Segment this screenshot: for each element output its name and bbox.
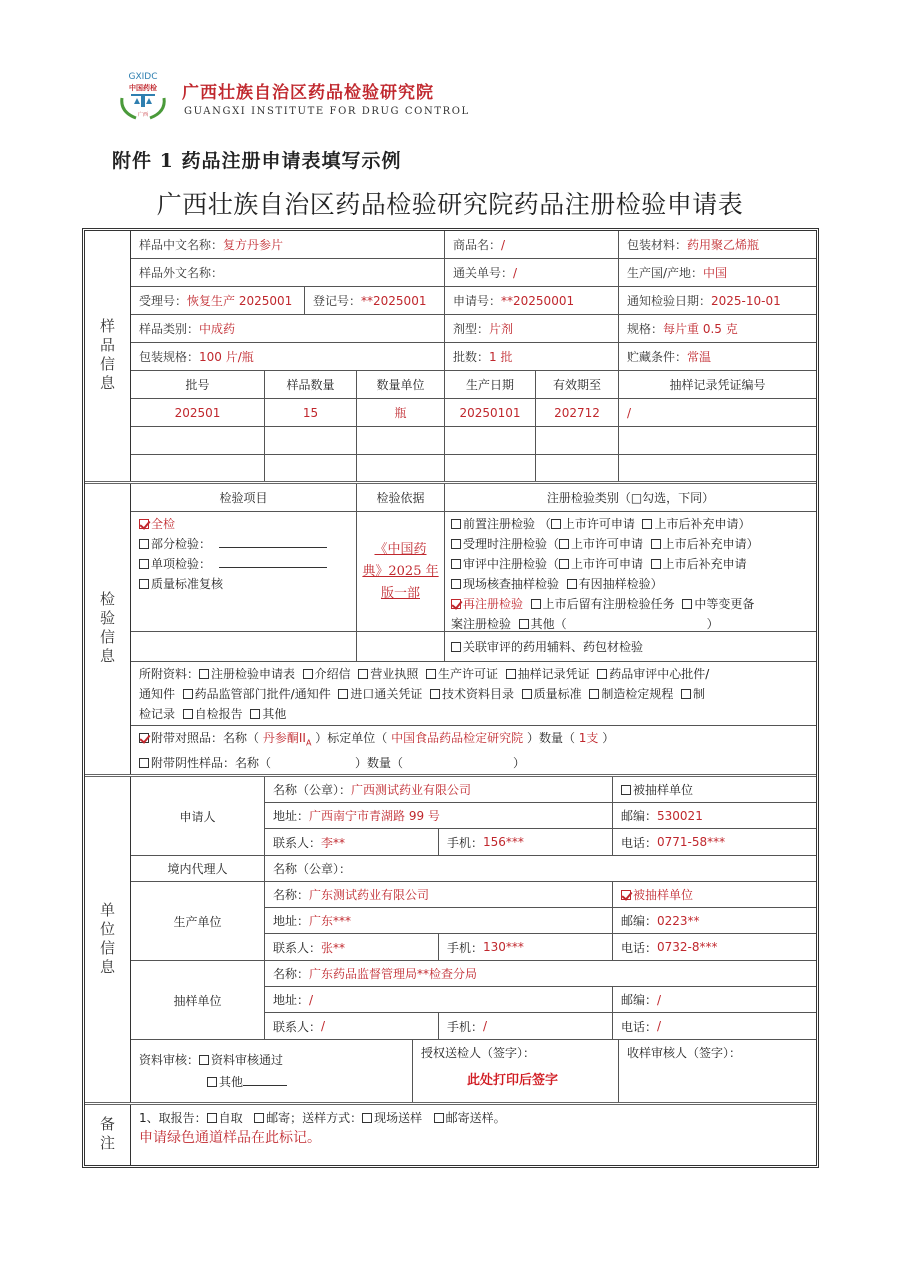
applicant-label: 申请人 xyxy=(131,777,265,855)
checkbox[interactable] xyxy=(207,1077,217,1087)
checkbox[interactable] xyxy=(451,642,461,652)
accept-no: 恢复生产 2025001 xyxy=(187,292,292,309)
remarks-section: 备注 1、取报告：自取 邮寄；送样方式：现场送样 邮寄送样。 申请绿色通道样品在… xyxy=(85,1105,816,1165)
section-label: 样品信息 xyxy=(97,318,118,394)
form-title: 广西壮族自治区药品检验研究院药品注册检验申请表 xyxy=(0,185,900,221)
table-row xyxy=(131,427,816,455)
checkbox[interactable] xyxy=(139,758,149,768)
checkbox[interactable] xyxy=(250,709,260,719)
checkbox[interactable] xyxy=(621,785,631,795)
section-label: 检验信息 xyxy=(97,591,118,667)
checkbox[interactable] xyxy=(451,559,461,569)
checkbox[interactable] xyxy=(451,539,461,549)
svg-text:广西: 广西 xyxy=(138,111,148,118)
application-form: 样品信息 样品中文名称：复方丹参片 商品名：/ 包装材料：药用聚乙烯瓶 样品外文… xyxy=(82,228,819,1168)
manufacturer-label: 生产单位 xyxy=(131,882,265,960)
checkbox[interactable] xyxy=(589,689,599,699)
attachments: 所附资料：注册检验申请表 介绍信 营业执照 生产许可证 抽样记录凭证 药品审评中… xyxy=(131,662,816,725)
checkbox[interactable] xyxy=(254,1113,264,1123)
item-partial-check[interactable]: 部分检验： xyxy=(139,534,327,554)
table-row xyxy=(131,455,816,481)
pack-spec: 100 片/瓶 xyxy=(199,348,254,365)
checkbox[interactable] xyxy=(522,689,532,699)
apply-no: **20250001 xyxy=(501,294,574,308)
checkbox[interactable] xyxy=(430,689,440,699)
svg-text:中国药检: 中国药检 xyxy=(129,83,158,92)
items-header: 检验项目 xyxy=(131,484,357,511)
unit-info-section: 单位信息 申请人 名称（公章）：广西测试药业有限公司被抽样单位 地址：广西南宁市… xyxy=(85,777,816,1105)
dosage-form: 片剂 xyxy=(489,320,513,337)
manufacturer-name: 广东测试药业有限公司 xyxy=(309,886,429,903)
inspection-basis: 《中国药 典》2025 年 版一部 xyxy=(357,512,445,631)
item-single-check[interactable]: 单项检验： xyxy=(139,554,327,574)
item-full-check[interactable]: 全检 xyxy=(139,514,175,534)
table-row: 202501 15 瓶 20250101 202712 / xyxy=(131,399,816,427)
section-label: 单位信息 xyxy=(97,902,118,978)
checkbox[interactable] xyxy=(506,669,516,679)
applicant-address: 广西南宁市青湖路 99 号 xyxy=(309,807,440,824)
origin: 中国 xyxy=(703,264,727,281)
checkbox[interactable] xyxy=(559,559,569,569)
checkbox[interactable] xyxy=(681,689,691,699)
checkbox[interactable] xyxy=(682,599,692,609)
checkbox[interactable] xyxy=(551,519,561,529)
document-review: 资料审核：资料审核通过 其他 xyxy=(131,1040,413,1102)
checkbox[interactable] xyxy=(531,599,541,609)
inspection-info-section: 检验信息 检验项目 检验依据 注册检验类别（□勾选，下同） 全检 部分检验： 单… xyxy=(85,484,816,777)
checkbox[interactable] xyxy=(434,1113,444,1123)
checkbox[interactable] xyxy=(451,579,461,589)
checkbox[interactable] xyxy=(183,689,193,699)
reference-substance: 附带对照品：名称（ 丹参酮IIA ）标定单位（ 中国食品药品检定研究院 ）数量（… xyxy=(131,726,816,774)
checkbox[interactable] xyxy=(362,1113,372,1123)
checkbox[interactable] xyxy=(559,539,569,549)
agent-label: 境内代理人 xyxy=(131,856,265,881)
checkbox[interactable] xyxy=(519,619,529,629)
green-channel-note: 申请绿色通道样品在此标记。 xyxy=(139,1127,321,1149)
applicant-name: 广西测试药业有限公司 xyxy=(351,781,471,798)
customs-no: / xyxy=(513,266,517,280)
checkbox[interactable] xyxy=(139,539,149,549)
checkbox[interactable] xyxy=(199,669,209,679)
checkbox[interactable] xyxy=(642,519,652,529)
spec: 每片重 0.5 克 xyxy=(663,320,738,337)
checkbox[interactable] xyxy=(651,539,661,549)
pack-material: 药用聚乙烯瓶 xyxy=(687,236,759,253)
checkbox[interactable] xyxy=(139,579,149,589)
sample-category: 中成药 xyxy=(199,320,235,337)
checkbox[interactable] xyxy=(426,669,436,679)
sampler-name: 广东药品监督管理局**检查分局 xyxy=(309,965,477,982)
institute-name-en: GUANGXI INSTITUTE FOR DRUG CONTROL xyxy=(184,106,470,117)
sample-info-section: 样品信息 样品中文名称：复方丹参片 商品名：/ 包装材料：药用聚乙烯瓶 样品外文… xyxy=(85,231,816,484)
checkbox[interactable] xyxy=(207,1113,217,1123)
register-no: **2025001 xyxy=(361,294,426,308)
category-header: 注册检验类别（□勾选，下同） xyxy=(445,484,816,511)
item-standard-review[interactable]: 质量标准复核 xyxy=(139,574,223,594)
sample-cn-name: 复方丹参片 xyxy=(223,236,283,253)
checkbox[interactable] xyxy=(199,1055,209,1065)
svg-text:GXIDC: GXIDC xyxy=(128,72,157,82)
annex-title: 附件 1 药品注册申请表填写示例 xyxy=(112,146,401,173)
checkbox[interactable] xyxy=(597,669,607,679)
batch-table-header: 批号 样品数量 数量单位 生产日期 有效期至 抽样记录凭证编号 xyxy=(131,371,816,399)
batch-count: 1 批 xyxy=(489,348,512,365)
receiver-signature[interactable]: 收样审核人（签字）： xyxy=(619,1040,816,1102)
checkbox-checked[interactable] xyxy=(139,733,149,743)
authorized-sender-signature[interactable]: 授权送检人（签字）： 此处打印后签字 xyxy=(413,1040,619,1102)
checkbox[interactable] xyxy=(567,579,577,589)
institute-name-cn: 广西壮族自治区药品检验研究院 xyxy=(182,78,434,103)
checkbox[interactable] xyxy=(338,689,348,699)
institute-logo: GXIDC 中国药检 广西 xyxy=(114,68,172,122)
storage: 常温 xyxy=(687,348,711,365)
checkbox[interactable] xyxy=(139,559,149,569)
trade-name: / xyxy=(501,238,505,252)
checkbox-checked[interactable] xyxy=(451,599,461,609)
checkbox[interactable] xyxy=(651,559,661,569)
basis-header: 检验依据 xyxy=(357,484,445,511)
checkbox[interactable] xyxy=(183,709,193,719)
checkbox[interactable] xyxy=(358,669,368,679)
checkbox[interactable] xyxy=(451,519,461,529)
checkbox[interactable] xyxy=(303,669,313,679)
section-label: 备注 xyxy=(97,1116,118,1154)
sampler-label: 抽样单位 xyxy=(131,961,265,1039)
notify-date: 2025-10-01 xyxy=(711,294,781,308)
checkbox[interactable] xyxy=(139,519,149,529)
related-excipient-check: 关联审评的药用辅料、药包材检验 xyxy=(463,638,643,655)
checkbox-checked[interactable] xyxy=(621,890,631,900)
